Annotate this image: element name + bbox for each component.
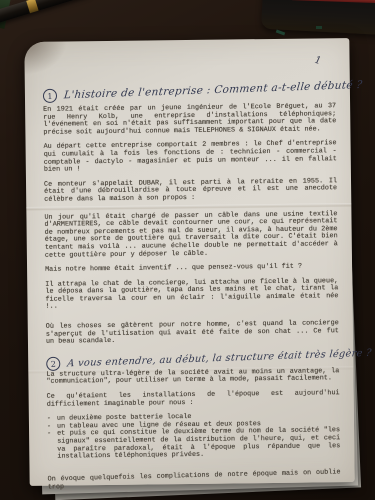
circled-number-1: 1 — [43, 89, 57, 103]
photo-scene: 1 1 L'histoire de l'entreprise : Comment… — [0, 0, 375, 500]
desk-mark — [316, 26, 322, 29]
section-2-heading-text: A vous entendre, au début, la structure … — [67, 347, 373, 369]
circled-number-2: 2 — [46, 356, 60, 370]
pen — [0, 0, 93, 31]
page-content: 1 L'histoire de l'entreprise : Comment a… — [43, 82, 341, 490]
paragraph-scandale: Où les choses se gâtèrent pour notre hom… — [46, 320, 339, 346]
paragraph-inventif: Mais notre homme était inventif ... que … — [45, 263, 338, 274]
paragraph-founding: En 1921 était créée par un jeune ingénie… — [43, 103, 336, 137]
section-1-heading-text: L'histoire de l'entreprise : Comment a-t… — [63, 79, 363, 101]
document-page: 1 1 L'histoire de l'entreprise : Comment… — [24, 38, 354, 486]
paragraph-installations: Ce qu'étaient les installations de l'épo… — [47, 390, 340, 409]
red-stripe — [291, 0, 375, 4]
page-number: 1 — [313, 55, 322, 67]
paragraph-dubar: Ce monteur s'appelait DUBAR, il est part… — [44, 178, 337, 204]
page-corner-curl — [24, 41, 68, 76]
desk-mark — [276, 30, 285, 36]
list-item: - et puis ce qui constitue le deuxième t… — [47, 428, 340, 462]
paragraph-armentieres: Un jour qu'il était chargé de passer un … — [44, 211, 338, 260]
section-1-heading: 1 L'histoire de l'entreprise : Comment a… — [43, 79, 336, 103]
installations-list: - un deuxième poste batterie locale - un… — [47, 412, 341, 461]
paragraph-chat: Il attrapa le chat de la concierge, lui … — [45, 278, 338, 312]
paragraph-two-members: Au départ cette entreprise comportait 2 … — [44, 141, 337, 175]
paragraph-structure: La structure ultra-légère de la société … — [46, 368, 339, 387]
pen-gold-band — [26, 0, 38, 13]
list-bullet: - — [47, 431, 53, 461]
